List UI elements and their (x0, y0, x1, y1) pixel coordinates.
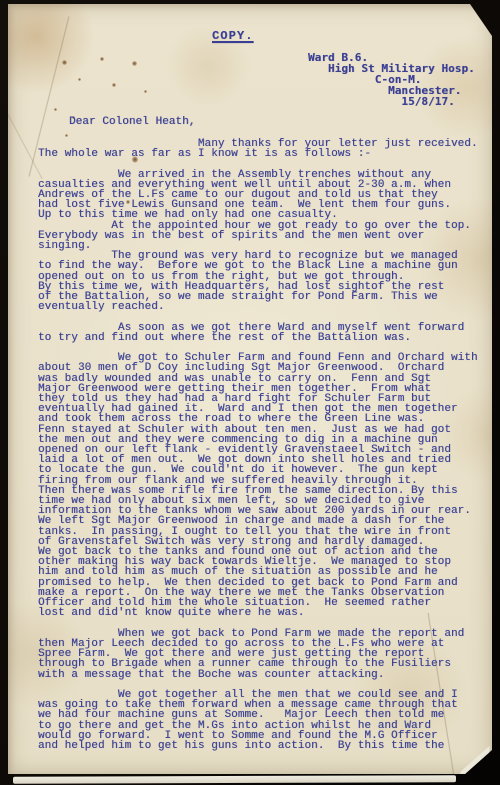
foxing-spot (54, 108, 57, 111)
foxing-spot (78, 78, 81, 81)
paragraph: We got together all the men that we coul… (38, 690, 490, 751)
paragraph: When we got back to Pond Farm we made th… (38, 629, 490, 680)
foxing-spot (100, 57, 104, 61)
paragraph: We arrived in the Assembly trenches with… (38, 170, 490, 313)
paragraph: Many thanks for your letter just receive… (38, 139, 490, 159)
scan-background: COPY. Ward B.6. High St Military Hosp. C… (0, 0, 500, 785)
foxing-spot (65, 134, 68, 137)
paragraph: We got to Schuler Farm and found Fenn an… (38, 353, 490, 618)
letter-page: COPY. Ward B.6. High St Military Hosp. C… (8, 4, 492, 774)
salutation: Dear Colonel Heath, (69, 116, 195, 128)
paragraph: As soon as we got there Ward and myself … (38, 323, 490, 343)
address-block: Ward B.6. High St Military Hosp. C-on-M.… (308, 52, 475, 107)
foxing-spot (62, 60, 67, 65)
foxing-spot (132, 61, 137, 66)
bottom-sheet-edge (13, 775, 456, 784)
foxing-spot (112, 83, 116, 87)
letter-body: Many thanks for your letter just receive… (38, 139, 490, 761)
foxing-spot (144, 90, 147, 93)
copy-heading: COPY. (212, 29, 254, 43)
